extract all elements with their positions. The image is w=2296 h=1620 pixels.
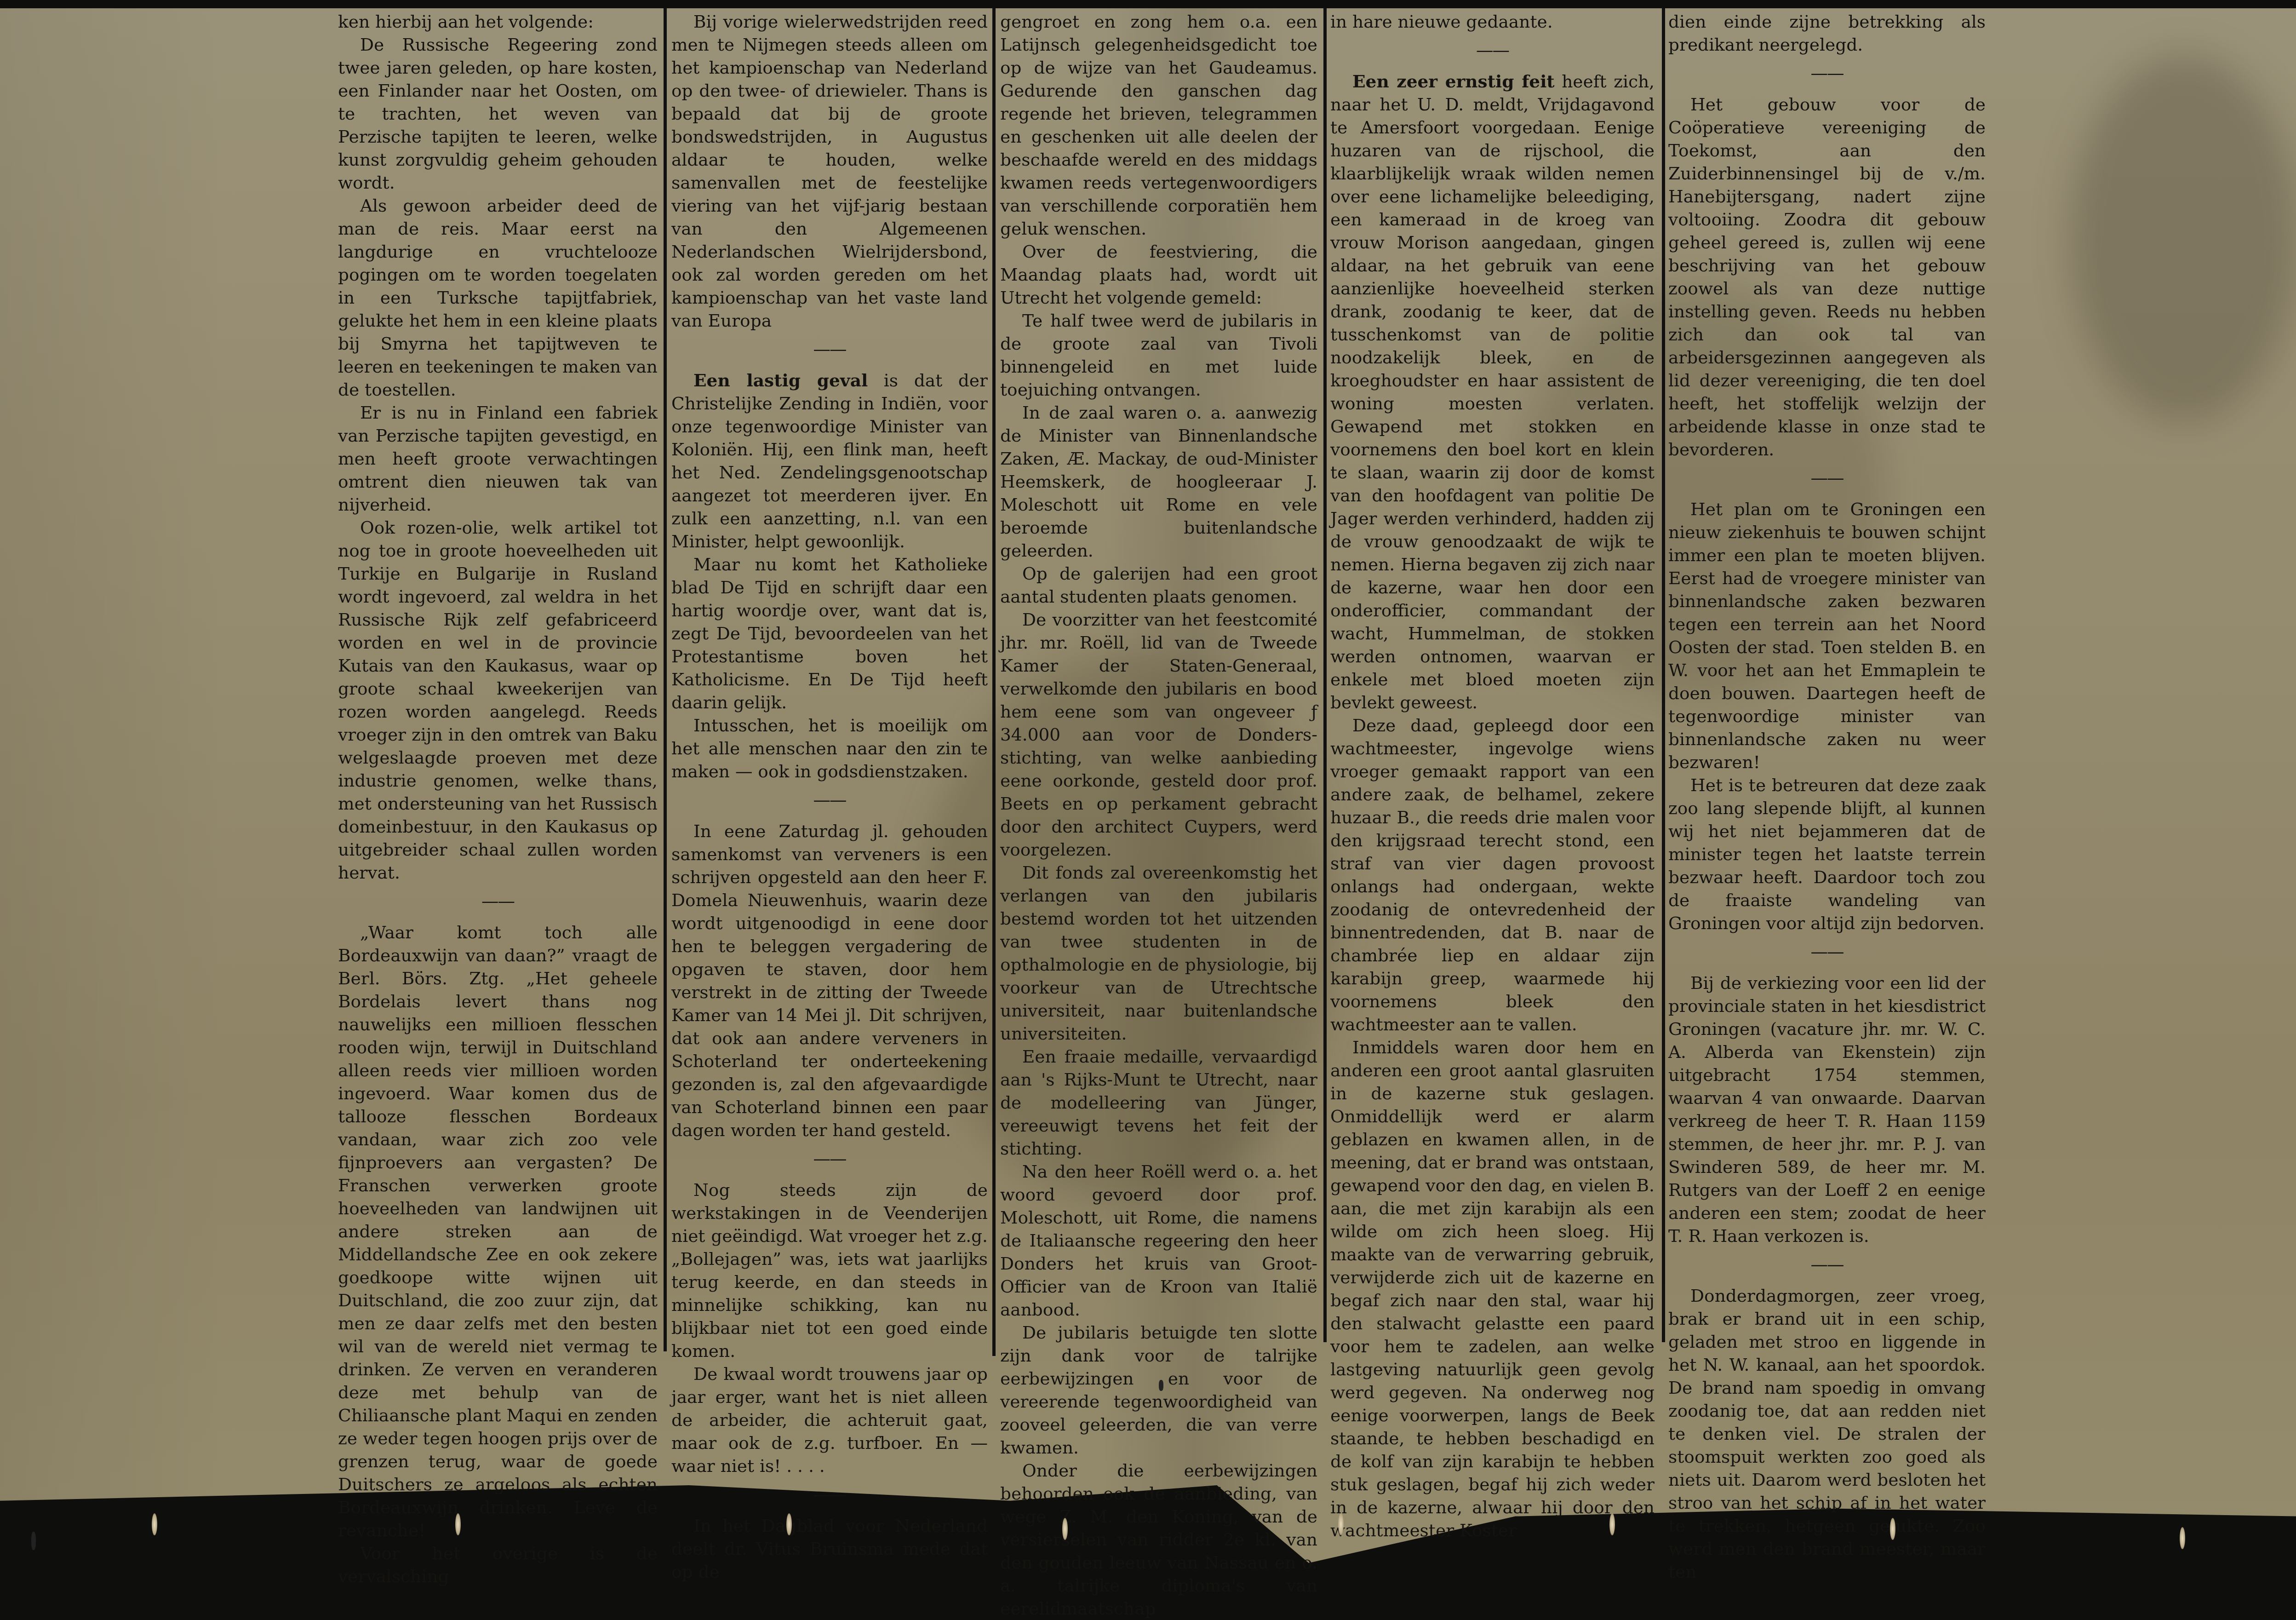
ink-mark — [31, 1532, 36, 1550]
paragraph: Bij vorige wielerwedstrijden reed men te… — [671, 10, 988, 332]
paragraph: Een lastig geval is dat der Christelijke… — [671, 369, 988, 553]
column-rule — [992, 8, 996, 1356]
paragraph: gengroet en zong hem o.a. een Latijnsch … — [1000, 10, 1317, 240]
paragraph: Inmiddels waren door hem en anderen een … — [1330, 1036, 1655, 1542]
paper-stain — [2069, 54, 2296, 422]
paragraph: Dit fonds zal overeenkomstig het verlang… — [1000, 861, 1317, 1045]
paragraph: De Russische Regeering zond twee jaren g… — [338, 33, 658, 194]
binding-hole — [2180, 1527, 2185, 1549]
paragraph: De jubilaris betuigde ten slotte zijn da… — [1000, 1321, 1317, 1459]
paragraph: In het Dagblad voor Nederland deelt dr. … — [671, 1514, 988, 1583]
article-separator: —— — [1668, 62, 1986, 85]
binding-hole — [1890, 1518, 1895, 1540]
paragraph: De kwaal wordt trouwens jaar op jaar erg… — [671, 1362, 988, 1477]
article-separator: —— — [1668, 1253, 1986, 1276]
paragraph: Ook rozen-olie, welk artikel tot nog toe… — [338, 516, 658, 884]
binding-hole — [1609, 1513, 1615, 1535]
paragraph: Het gebouw voor de Coöperatieve vereenig… — [1668, 93, 1986, 461]
paragraph: Maar nu komt het Katholieke blad De Tijd… — [671, 553, 988, 714]
scanned-page: ken hierbij aan het volgende: De Russisc… — [0, 0, 2296, 1606]
paragraph: Een zeer ernstig feit heeft zich, naar h… — [1330, 70, 1655, 714]
article-column-4: in hare nieuwe gedaante. —— Een zeer ern… — [1330, 10, 1655, 1542]
paragraph: ken hierbij aan het volgende: — [338, 10, 658, 33]
paragraph: Onder die eerbewijzingen behoorden ook d… — [1000, 1459, 1317, 1606]
article-lead: Een zeer ernstig feit — [1352, 71, 1555, 92]
article-column-1: ken hierbij aan het volgende: De Russisc… — [338, 10, 658, 1588]
paragraph: Donderdagmorgen, zeer vroeg, brak er bra… — [1668, 1284, 1986, 1583]
article-column-5: dien einde zijne betrekking als predikan… — [1668, 10, 1986, 1583]
column-rule — [1662, 8, 1665, 1342]
article-separator: —— — [1330, 39, 1655, 62]
paragraph: Een fraaie medaille, vervaardigd aan 's … — [1000, 1045, 1317, 1160]
paragraph: Nog steeds zijn de werkstakingen in de V… — [671, 1178, 988, 1362]
paragraph: dien einde zijne betrekking als predikan… — [1668, 10, 1986, 56]
column-rule — [664, 8, 667, 1351]
paragraph: Het plan om te Groningen een nieuw zieke… — [1668, 498, 1986, 774]
article-separator: —— — [671, 1147, 988, 1170]
paragraph: In eene Zaturdag jl. gehouden samenkomst… — [671, 820, 988, 1142]
article-column-3: gengroet en zong hem o.a. een Latijnsch … — [1000, 10, 1317, 1606]
binding-hole — [455, 1513, 461, 1535]
binding-hole — [152, 1513, 157, 1535]
binding-hole — [1338, 1513, 1344, 1535]
paragraph: Voor het overige is de vervalsching — [338, 1542, 658, 1588]
article-separator: —— — [338, 890, 658, 913]
paragraph: Het is te betreuren dat deze zaak zoo la… — [1668, 774, 1986, 935]
paragraph: Op de galerijen had een groot aantal stu… — [1000, 562, 1317, 608]
paragraph: Er is nu in Finland een fabriek van Perz… — [338, 401, 658, 516]
paragraph: In de zaal waren o. a. aanwezig de Minis… — [1000, 401, 1317, 562]
article-separator: —— — [671, 338, 988, 361]
paragraph: Bij de verkiezing voor een lid der provi… — [1668, 971, 1986, 1247]
column-rule — [1323, 8, 1327, 1342]
paragraph: De voorzitter van het feestcomité jhr. m… — [1000, 608, 1317, 861]
article-separator: —— — [1668, 940, 1986, 963]
article-lead: Een lastig geval — [693, 370, 868, 391]
article-separator: —— — [671, 1483, 988, 1506]
paragraph: Over de feestviering, die Maandag plaats… — [1000, 240, 1317, 309]
article-separator: —— — [1668, 466, 1986, 489]
article-separator: —— — [671, 788, 988, 811]
binding-hole — [1062, 1518, 1068, 1540]
paragraph: „Waar komt toch alle Bordeauxwijn van da… — [338, 921, 658, 1542]
paragraph: Na den heer Roëll werd o. a. het woord g… — [1000, 1160, 1317, 1321]
paragraph: Intusschen, het is moeilijk om het alle … — [671, 714, 988, 783]
ink-mark — [1159, 1380, 1163, 1391]
paragraph: Te half twee werd de jubilaris in de gro… — [1000, 309, 1317, 401]
article-column-2: Bij vorige wielerwedstrijden reed men te… — [671, 10, 988, 1583]
binding-hole — [786, 1513, 792, 1535]
paragraph: Deze daad, gepleegd door een wachtmeeste… — [1330, 714, 1655, 1036]
paragraph: Als gewoon arbeider deed de man de reis.… — [338, 194, 658, 401]
paragraph: in hare nieuwe gedaante. — [1330, 10, 1655, 33]
